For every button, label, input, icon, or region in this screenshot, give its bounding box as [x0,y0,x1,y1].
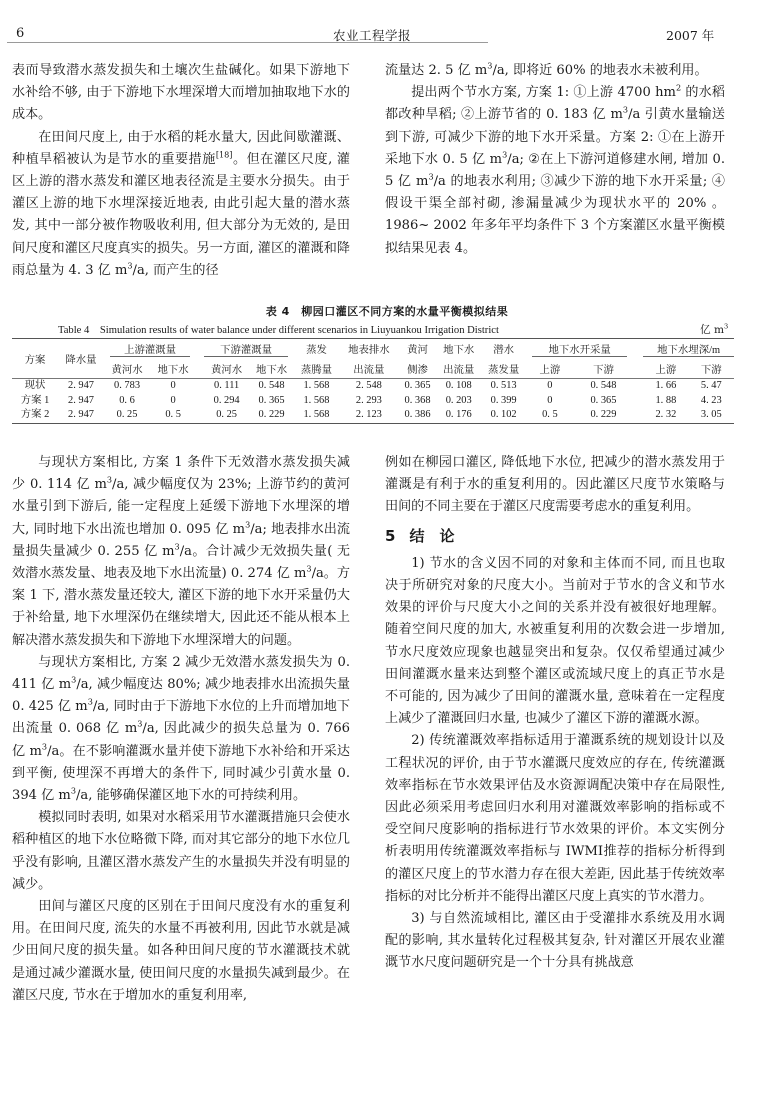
col-depth-downstream: 下游 [689,359,734,379]
cell: 0. 783 [104,379,150,394]
conclusion-item: 3) 与自然流域相比, 灌区由于受灌排水系统及用水调配的影响, 其水量转化过程极… [385,908,725,975]
conclusion-item: 2) 传统灌溉效率指标适用于灌溉系统的规划设计以及工程状况的评价, 由于节水灌溉… [385,730,725,908]
col-surface-top: 地表排水 [339,339,399,359]
table-row: 方案 1 2. 947 0. 6 0 0. 294 0. 365 1. 568 … [12,394,734,409]
col-group-upstream-irrigation: 上游灌溉量 [104,339,196,359]
cell: 0. 513 [481,379,526,394]
cell: 0. 25 [204,408,249,423]
col-group-downstream-irrigation: 下游灌溉量 [204,339,294,359]
paragraph: 例如在柳园口灌区, 降低地下水位, 把减少的潜水蒸发用于灌溉是有利于水的重复利用… [385,452,725,519]
cell: 2. 947 [58,379,104,394]
paragraph: 流量达 2. 5 亿 m3/a, 即将近 60% 的地表水未被利用。 [385,60,725,82]
cell: 0. 229 [249,408,294,423]
cell: 0. 203 [436,394,481,409]
left-column-top: 表而导致潜水蒸发损失和土壤次生盐碱化。如果下游地下水补给不够, 由于下游地下水埋… [12,60,350,282]
cell: 0. 229 [574,408,634,423]
cell: 4. 23 [689,394,734,409]
cell-scheme: 方案 2 [12,408,58,423]
paragraph: 在田间尺度上, 由于水稻的耗水量大, 因此间歇灌溉、种植旱稻被认为是节水的重要措… [12,127,350,282]
paragraph: 表而导致潜水蒸发损失和土壤次生盐碱化。如果下游地下水补给不够, 由于下游地下水埋… [12,60,350,127]
cell: 0. 5 [526,408,574,423]
publication-year: 2007 年 [666,26,714,44]
cell: 2. 32 [643,408,688,423]
cell: 0. 548 [574,379,634,394]
cell: 2. 947 [58,408,104,423]
paragraph-text: 。但在灌区尺度, 灌区上游的潜水蒸发和灌区地表径流是主要水分损失。由于灌区上游的… [12,152,350,278]
section-heading: 5结 论 [385,525,725,547]
cell: 3. 05 [689,408,734,423]
col-scheme: 方案 [12,339,58,379]
cell: 0. 25 [104,408,150,423]
table-caption-chinese: 表 4 柳园口灌区不同方案的水量平衡模拟结果 [0,303,774,319]
col-up-yellow: 黄河水 [104,359,150,379]
header-rule [7,42,488,43]
col-rainfall: 降水量 [58,339,104,379]
spacer [196,408,204,423]
cell: 0. 548 [249,379,294,394]
table-row: 现状 2. 947 0. 783 0 0. 111 0. 548 1. 568 … [12,379,734,394]
cell: 0. 6 [104,394,150,409]
cell: 1. 88 [643,394,688,409]
cell: 0. 386 [399,408,436,423]
cell: 1. 66 [643,379,688,394]
col-group-gw-extraction: 地下水开采量 [526,339,633,359]
cell: 0. 365 [399,379,436,394]
col-down-yellow: 黄河水 [204,359,249,379]
spacer [633,408,643,423]
group-label: 下游灌溉量 [204,341,288,357]
group-label: 上游灌溉量 [110,341,190,357]
paragraph-text: /a 的地表水利用; ③减少下游的地下水开采量; ④假设干渠全部衬砌, 渗漏量减… [385,174,725,256]
cell: 1. 568 [294,408,339,423]
cell-scheme: 现状 [12,379,58,394]
cell: 0. 294 [204,394,249,409]
paragraph-text: /a, 而产生的径 [133,263,219,278]
col-phreatic-bottom: 蒸发量 [481,359,526,379]
cell: 2. 123 [339,408,399,423]
col-gw-out-bottom: 出流量 [436,359,481,379]
cell: 0. 111 [204,379,249,394]
cell: 0 [526,394,574,409]
cell: 1. 568 [294,394,339,409]
cell: 0. 368 [399,394,436,409]
paragraph: 模拟同时表明, 如果对水稻采用节水灌溉措施只会使水稻种植区的地下水位略微下降, … [12,807,350,896]
unit-text: 亿 m [700,324,724,336]
section-title: 结 论 [409,527,454,545]
group-label: 地下水开采量 [532,341,627,357]
citation-ref: [18] [216,149,233,159]
col-depth-upstream: 上游 [643,359,688,379]
paragraph-text: 流量达 2. 5 亿 m [385,63,487,78]
cell: 1. 568 [294,379,339,394]
spacer [196,379,204,394]
paragraph-text: /a, 能够确保灌区地下水的可持续利用。 [76,788,306,803]
group-label: 地下水埋深/m [643,341,734,357]
paragraph: 与现状方案相比, 方案 1 条件下无效潜水蒸发损失减少 0. 114 亿 m3/… [12,452,350,652]
col-up-gw: 地下水 [150,359,196,379]
table-caption-english: Table 4 Simulation results of water bala… [58,322,728,337]
col-surface-bottom: 出流量 [339,359,399,379]
col-seepage-top: 黄河 [399,339,436,359]
cell: 0 [526,379,574,394]
col-phreatic-top: 潜水 [481,339,526,359]
paragraph: 提出两个节水方案, 方案 1: ①上游 4700 hm2 的水稻都改种旱稻; ②… [385,82,725,260]
conclusion-item: 1) 节水的含义因不同的对象和主体而不同, 而且也取决于所研究对象的尺度大小。当… [385,553,725,731]
water-balance-table: 方案 降水量 上游灌溉量 下游灌溉量 蒸发 地表排水 黄河 地下水 潜水 地下水… [12,338,734,424]
spacer [196,339,204,379]
superscript: 3 [724,322,728,330]
spacer [633,339,643,379]
col-group-gw-depth: 地下水埋深/m [643,339,734,359]
cell: 0. 365 [574,394,634,409]
col-gw-out-top: 地下水 [436,339,481,359]
table-row: 方案 2 2. 947 0. 25 0. 5 0. 25 0. 229 1. 5… [12,408,734,423]
col-down-gw: 地下水 [249,359,294,379]
paragraph: 田间与灌区尺度的区别在于田间尺度没有水的重复利用。在田间尺度, 流失的水量不再被… [12,896,350,1007]
table-header-row: 方案 降水量 上游灌溉量 下游灌溉量 蒸发 地表排水 黄河 地下水 潜水 地下水… [12,339,734,359]
cell: 0. 5 [150,408,196,423]
cell: 0 [150,394,196,409]
cell: 0 [150,379,196,394]
cell: 0. 176 [436,408,481,423]
col-seepage-bottom: 侧渗 [399,359,436,379]
cell: 0. 108 [436,379,481,394]
cell: 0. 102 [481,408,526,423]
paragraph-text: 提出两个节水方案, 方案 1: ①上游 4700 hm [411,85,676,100]
table-unit: 亿 m3 [700,322,728,337]
col-evap-bottom: 蒸腾量 [294,359,339,379]
spacer [633,394,643,409]
right-column-bottom: 例如在柳园口灌区, 降低地下水位, 把减少的潜水蒸发用于灌溉是有利于水的重复利用… [385,452,725,975]
col-extract-downstream: 下游 [574,359,634,379]
cell: 0. 399 [481,394,526,409]
table-subheader-row: 黄河水 地下水 黄河水 地下水 蒸腾量 出流量 侧渗 出流量 蒸发量 上游 下游… [12,359,734,379]
cell: 2. 293 [339,394,399,409]
paragraph: 与现状方案相比, 方案 2 减少无效潜水蒸发损失为 0. 411 亿 m3/a,… [12,652,350,807]
cell: 2. 947 [58,394,104,409]
col-evap-top: 蒸发 [294,339,339,359]
col-extract-upstream: 上游 [526,359,574,379]
spacer [633,379,643,394]
spacer [196,394,204,409]
right-column-top: 流量达 2. 5 亿 m3/a, 即将近 60% 的地表水未被利用。 提出两个节… [385,60,725,260]
cell: 0. 365 [249,394,294,409]
cell-scheme: 方案 1 [12,394,58,409]
paragraph-text: /a, 即将近 60% 的地表水未被利用。 [492,63,707,78]
cell: 5. 47 [689,379,734,394]
cell: 2. 548 [339,379,399,394]
page-number: 6 [16,26,24,41]
section-number: 5 [385,527,395,545]
left-column-bottom: 与现状方案相比, 方案 1 条件下无效潜水蒸发损失减少 0. 114 亿 m3/… [12,452,350,1007]
